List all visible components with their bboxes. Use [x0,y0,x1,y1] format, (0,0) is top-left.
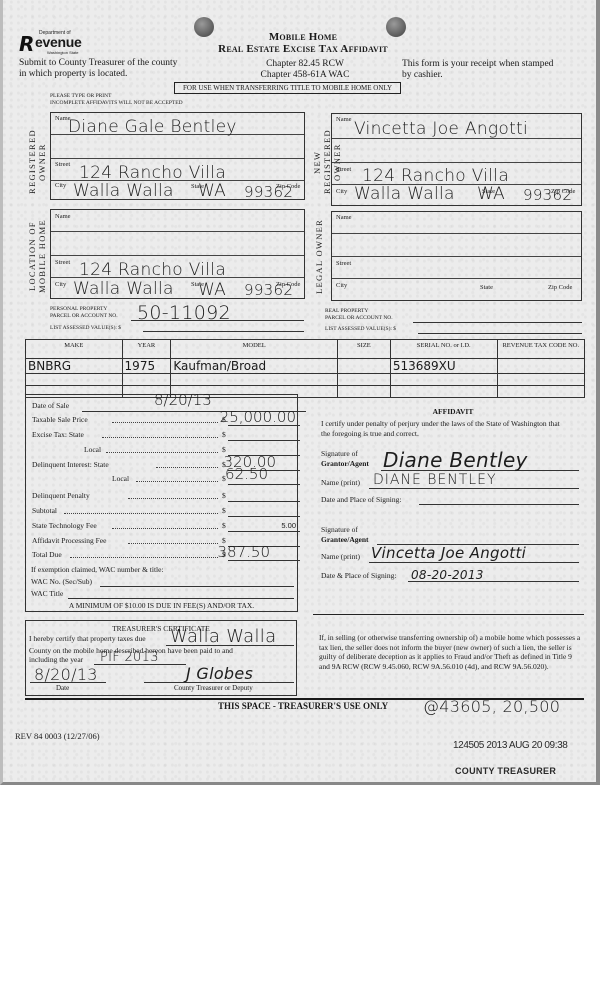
fee-label: Affidavit Processing Fee [32,536,106,545]
tax-code-cell[interactable] [497,374,584,386]
grantee-signature-label: Signature of Grantee/Agent [321,525,369,544]
fee-value-field[interactable]: 62.50 [225,465,268,483]
mobile-home-details-table: MAKE YEAR MODEL SIZE SERIAL NO. or I.D. … [25,339,585,398]
grantee-date-field[interactable]: 08-20-2013 [411,568,484,582]
treasurer-signature-line [144,682,294,683]
fee-row-total-due: Total Due $ 387.50 [32,550,300,562]
serial-cell[interactable] [390,374,497,386]
minimum-fee-notice: A MINIMUM OF $10.00 IS DUE IN FEE(S) AND… [26,601,297,610]
type-or-print-instruction: PLEASE TYPE OR PRINT [50,93,111,100]
new-registered-owner-box: Name Vincetta Joe Angotti Street 124 Ran… [331,113,582,206]
fee-value-field[interactable]: 25,000.00 [220,408,296,426]
receipt-notice: This form is your receipt when stamped b… [402,59,553,81]
new-owner-state-field[interactable]: WA [477,184,505,204]
dollar-sign: $ [222,430,226,439]
zip-label: Zip Code [548,284,572,291]
grantee-name-line [369,562,579,563]
grantor-sig-label-2: Grantor/Agent [321,459,369,469]
column-size: SIZE [338,340,391,359]
fee-row-delinquent-interest-local: Local $ 62.50 [32,474,300,486]
table-row [26,374,585,386]
personal-assessed-field[interactable] [143,331,304,332]
column-model: MODEL [171,340,338,359]
legal-owner-box: Name Street City State Zip Code [331,211,582,301]
form-title: Mobile Home Real Estate Excise Tax Affid… [203,31,403,55]
registered-owner-name-field[interactable]: Diane Gale Bentley [68,117,237,137]
section-label-line-2: OWNER [37,143,47,181]
grantor-date-field[interactable] [419,504,579,505]
grantee-sig-label-2: Grantee/Agent [321,535,369,545]
tax-code-cell[interactable] [497,359,584,374]
real-label-2: PARCEL or ACCOUNT NO. [325,315,393,322]
location-city-field[interactable]: Walla Walla [73,279,174,299]
logo-word-text: evenue [35,34,81,50]
fees-box: Date of Sale 8/20/13 Taxable Sale Price … [25,394,298,612]
affidavit-form-page: R Department of evenue Washington State … [0,0,600,785]
model-cell[interactable]: Kaufman/Broad [171,359,338,374]
size-cell[interactable] [338,374,391,386]
grantor-signature-label: Signature of Grantor/Agent [321,449,369,468]
fee-row-state-technology-fee: State Technology Fee $ 5.00 [32,521,300,533]
registered-owner-city-field[interactable]: Walla Walla [73,181,174,201]
grantee-sig-label-1: Signature of [321,525,369,535]
treasurer-handwritten-note: @43605, 20,500 [423,697,560,716]
city-label: City [55,182,66,189]
column-serial: SERIAL NO. or I.D. [390,340,497,359]
section-label-line-1: LEGAL OWNER [314,218,324,293]
year-cell[interactable]: 1975 [122,359,171,374]
new-owner-city-field[interactable]: Walla Walla [354,184,455,204]
transfer-banner: FOR USE WHEN TRANSFERRING TITLE TO MOBIL… [174,82,401,94]
personal-label-1: PERSONAL PROPERTY [50,306,118,313]
grantee-name-label: Name (print) [321,552,360,562]
section-label-line-2: MOBILE HOME [37,219,47,293]
grantor-sig-label-1: Signature of [321,449,369,459]
grantor-signature-field[interactable]: Diane Bentley [383,448,528,472]
section-label-line-1: REGISTERED [27,130,37,195]
fee-label: Taxable Sale Price [32,415,88,424]
department-of-revenue-logo: R Department of evenue Washington State [19,30,83,54]
make-cell[interactable] [26,374,123,386]
date-label: Date [56,684,69,692]
chapter-wac: Chapter 458-61A WAC [255,70,355,81]
fee-label: Total Due [32,550,62,559]
serial-cell[interactable] [390,386,497,398]
city-label: City [336,188,347,195]
wac-title-field[interactable] [68,598,294,599]
form-number: REV 84 0003 (12/27/06) [15,731,100,741]
fee-value-field: 5.00 [281,521,296,530]
size-cell[interactable] [338,359,391,374]
personal-assessed-label: LIST ASSESSED VALUE(S): $ [50,325,121,332]
submit-instructions: Submit to County Treasurer of the county… [19,58,177,80]
street-label: Street [55,161,70,168]
real-parcel-number-field[interactable] [413,322,582,323]
wac-no-field[interactable] [100,586,294,587]
grantor-date-label: Date and Place of Signing: [321,495,401,505]
revenue-logo-icon: R [19,32,34,56]
chapter-rcw: Chapter 82.45 RCW [255,59,355,70]
fee-label: Local [112,474,129,483]
dollar-sign: $ [222,506,226,515]
fee-label: Delinquent Penalty [32,491,90,500]
section-divider [313,614,584,615]
treasurer-use-only-label: THIS SPACE - TREASURER'S USE ONLY [218,701,388,711]
grantor-name-label: Name (print) [321,478,360,488]
year-cell[interactable] [122,374,171,386]
registered-owner-state-field[interactable]: WA [198,181,226,201]
size-cell[interactable] [338,386,391,398]
real-assessed-label: LIST ASSESSED VALUE(S): $ [325,326,396,333]
title-line-2: Real Estate Excise Tax Affidavit [203,43,403,55]
submit-line-1: Submit to County Treasurer of the county [19,58,177,69]
section-label-line-1: NEW REGISTERED [312,130,332,195]
fee-row-delinquent-penalty: Delinquent Penalty $ [32,491,300,503]
real-property-label: REAL PROPERTY PARCEL or ACCOUNT NO. [325,308,393,322]
street-label: Street [55,259,70,266]
date-of-sale-label: Date of Sale [32,401,69,410]
legal-owner-section-label: LEGAL OWNER [314,212,324,300]
receipt-line-1: This form is your receipt when stamped [402,59,553,70]
affidavit-certify-text: I certify under penalty of perjury under… [321,419,561,438]
fee-row-subtotal: Subtotal $ [32,506,300,518]
affidavit-heading: AFFIDAVIT [303,407,600,416]
fee-label: State Technology Fee [32,521,97,530]
real-label-1: REAL PROPERTY [325,308,393,315]
make-cell[interactable]: BNBRG [26,359,123,374]
wac-no-label: WAC No. (Sec/Sub) [31,577,92,586]
state-label: State [480,284,493,291]
date-of-sale-field[interactable]: 8/20/13 [154,391,212,409]
name-label: Name [336,214,352,221]
treasurer-signature-field[interactable]: J Globes [186,664,253,683]
dollar-sign: $ [222,491,226,500]
fee-label: Local [84,445,101,454]
table-header-row: MAKE YEAR MODEL SIZE SERIAL NO. or I.D. … [26,340,585,359]
logo-state-text: Washington State [47,50,78,55]
county-field[interactable]: Walla Walla [170,626,276,647]
dollar-sign: $ [222,521,226,530]
fee-value-field[interactable]: 387.50 [218,543,271,561]
personal-property-label: PERSONAL PROPERTY PARCEL or ACCOUNT NO. [50,306,118,320]
new-owner-zip-field[interactable]: 99362 [523,186,572,204]
receipt-line-2: by cashier. [402,70,553,81]
column-revenue-tax-code: REVENUE TAX CODE NO. [497,340,584,359]
city-label: City [336,282,347,289]
personal-parcel-number-field[interactable]: 50-11092 [137,302,231,324]
grantor-name-line [369,488,579,489]
cashier-stamp-receipt: 124505 2013 AUG 20 09:38 [453,740,567,751]
paid-through-year-field[interactable]: PIF 2013 [100,650,159,665]
cashier-stamp-office: COUNTY TREASURER [455,766,556,776]
date-line [30,682,106,683]
personal-label-2: PARCEL or ACCOUNT NO. [50,313,118,320]
model-cell[interactable] [171,374,338,386]
location-section-label: LOCATION OFMOBILE HOME [27,210,47,302]
fee-label: Excise Tax: State [32,430,84,439]
registered-owner-section-label: REGISTEREDOWNER [27,118,47,206]
tax-lien-notice: If, in selling (or otherwise transferrin… [319,633,581,672]
city-label: City [55,281,66,288]
tax-code-cell[interactable] [497,386,584,398]
column-year: YEAR [122,340,171,359]
grantor-name-field[interactable]: DIANE BENTLEY [373,472,497,488]
real-assessed-field[interactable] [418,333,582,334]
grantee-name-field[interactable]: Vincetta Joe Angotti [371,544,526,562]
location-street-field[interactable]: 124 Rancho Villa [79,260,226,280]
street-label: Street [336,260,351,267]
section-label-line-1: LOCATION OF [27,221,37,291]
location-of-mobile-home-box: Name Street 124 Rancho Villa City Walla … [50,209,305,299]
new-owner-name-field[interactable]: Vincetta Joe Angotti [354,119,528,139]
exemption-label: If exemption claimed, WAC number & title… [31,565,164,574]
chapter-references: Chapter 82.45 RCW Chapter 458-61A WAC [255,59,355,81]
location-state-field[interactable]: WA [198,280,226,300]
name-label: Name [336,116,352,123]
column-make: MAKE [26,340,123,359]
street-label: Street [336,166,351,173]
serial-cell[interactable]: 513689XU [390,359,497,374]
title-line-1: Mobile Home [203,31,403,43]
new-owner-street-field[interactable]: 124 Rancho Villa [362,166,509,186]
treasurer-signature-label: County Treasurer or Deputy [174,684,253,692]
grantee-date-label: Date & Place of Signing: [321,571,396,581]
table-row: BNBRG 1975 Kaufman/Broad 513689XU [26,359,585,374]
registered-owner-street-field[interactable]: 124 Rancho Villa [79,163,226,183]
fee-row-excise-tax-state: Excise Tax: State $ [32,430,300,442]
treasurer-line-3: including the year [29,655,83,665]
submit-line-2: in which property is located. [19,69,177,80]
wac-title-label: WAC Title [31,589,63,598]
incomplete-affidavit-warning: INCOMPLETE AFFIDAVITS WILL NOT BE ACCEPT… [50,100,183,107]
registered-owner-zip-field[interactable]: 99362 [244,183,293,201]
fee-label: Delinquent Interest: State [32,460,109,469]
fee-label: Subtotal [32,506,57,515]
fee-row-taxable-sale-price: Taxable Sale Price $ 25,000.00 [32,415,300,427]
treasurers-certificate-box: TREASURER'S CERTIFICATE I hereby certify… [25,620,297,696]
name-label: Name [55,213,71,220]
registered-owner-box: Name Diane Gale Bentley Street 124 Ranch… [50,112,305,200]
location-zip-field[interactable]: 99362 [244,281,293,299]
treasurer-line-1: I hereby certify that property taxes due [29,634,146,644]
